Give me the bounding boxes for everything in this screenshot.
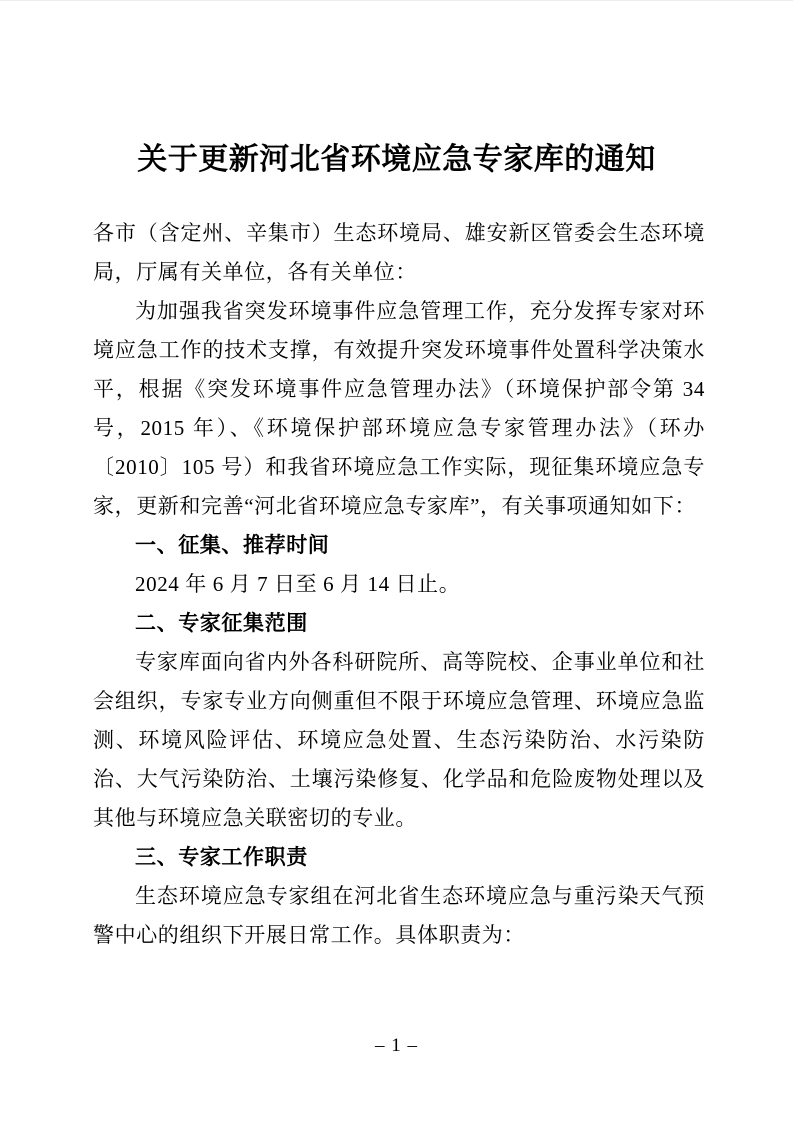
document-title: 关于更新河北省环境应急专家库的通知 — [0, 139, 793, 181]
document-body: 各市（含定州、辛集市）生态环境局、雄安新区管委会生态环境局，厅属有关单位，各有关… — [93, 214, 705, 955]
paragraph-expert-scope: 专家库面向省内外各科研院所、高等院校、企事业单位和社会组织，专家专业方向侧重但不… — [93, 643, 705, 838]
paragraph-expert-duties: 生态环境应急专家组在河北省生态环境应急与重污染天气预警中心的组织下开展日常工作。… — [93, 877, 705, 955]
paragraph-intro: 为加强我省突发环境事件应急管理工作，充分发挥专家对环境应急工作的技术支撑，有效提… — [93, 292, 705, 526]
section-heading-collection-time: 一、征集、推荐时间 — [93, 526, 705, 565]
section-heading-expert-duties: 三、专家工作职责 — [93, 838, 705, 877]
document-page: 关于更新河北省环境应急专家库的通知 各市（含定州、辛集市）生态环境局、雄安新区管… — [0, 0, 793, 1122]
section-heading-expert-scope: 二、专家征集范围 — [93, 604, 705, 643]
page-number: – 1 – — [0, 1034, 793, 1058]
salutation-line: 各市（含定州、辛集市）生态环境局、雄安新区管委会生态环境局，厅属有关单位，各有关… — [93, 214, 705, 292]
paragraph-collection-dates: 2024 年 6 月 7 日至 6 月 14 日止。 — [93, 565, 705, 604]
